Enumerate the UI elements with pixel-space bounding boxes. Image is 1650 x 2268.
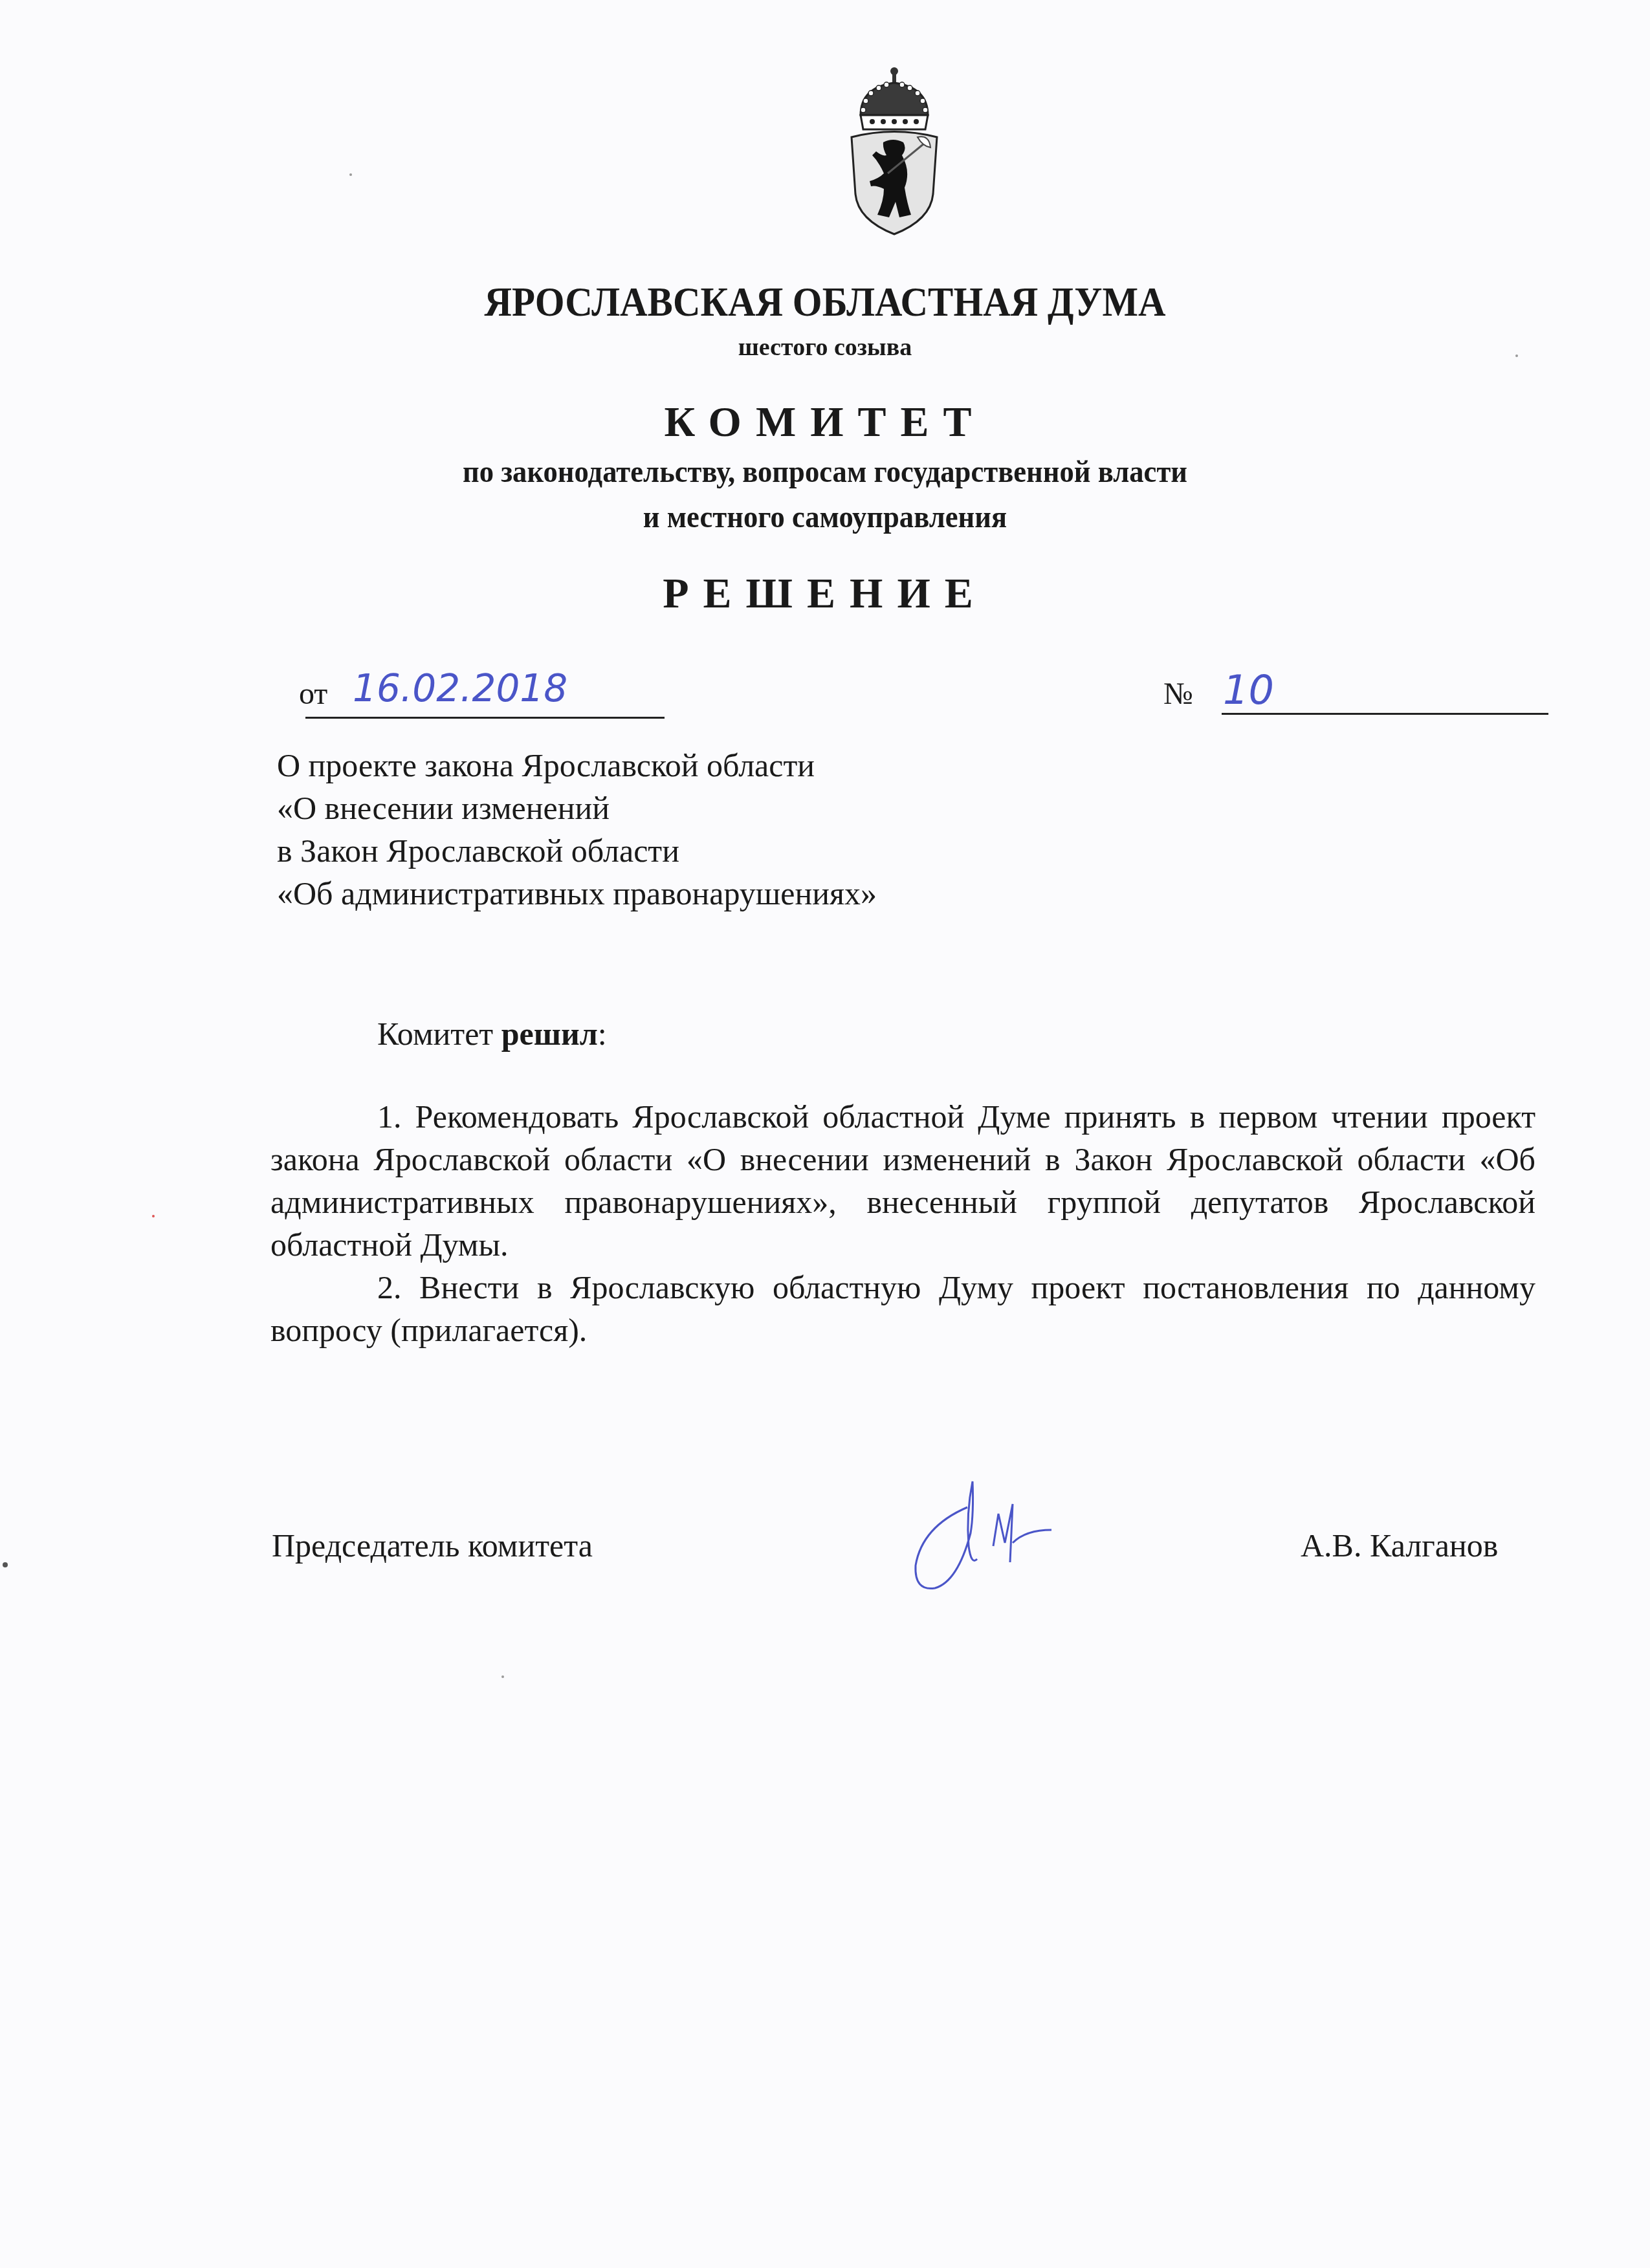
convocation-label: шестого созыва — [0, 333, 1650, 362]
subject-line: «О внесении изменений — [277, 787, 877, 829]
document-page: ЯРОСЛАВСКАЯ ОБЛАСТНАЯ ДУМА шестого созыв… — [0, 0, 1650, 2268]
document-subject: О проекте закона Ярославской области «О … — [277, 744, 877, 915]
number-label: № — [1163, 676, 1193, 712]
number-underline — [1222, 713, 1548, 715]
coat-of-arms-icon — [848, 65, 941, 239]
subject-line: в Закон Ярославской области — [277, 829, 877, 872]
subject-line: «Об административных правонарушениях» — [277, 872, 877, 915]
scan-speck — [1515, 354, 1518, 357]
date-label: от — [299, 676, 327, 712]
committee-subtitle-line-2: и местного самоуправления — [58, 499, 1592, 535]
document-type-title: РЕШЕНИЕ — [0, 569, 1650, 618]
decision-items: 1. Рекомендовать Ярославской областной Д… — [270, 1095, 1535, 1351]
date-value: 16.02.2018 — [353, 666, 567, 710]
signatory-name: А.В. Калганов — [1301, 1527, 1498, 1564]
date-underline — [305, 717, 665, 719]
decision-intro-bold: решил — [501, 1016, 598, 1052]
scan-speck — [152, 1215, 155, 1217]
committee-subtitle-line-1: по законодательству, вопросам государств… — [58, 454, 1592, 490]
scan-speck — [501, 1675, 504, 1678]
scan-speck — [349, 173, 352, 176]
handwritten-signature-icon — [896, 1468, 1116, 1598]
signatory-position: Председатель комитета — [272, 1527, 593, 1564]
subject-line: О проекте закона Ярославской области — [277, 744, 877, 787]
decision-item-1: 1. Рекомендовать Ярославской областной Д… — [270, 1095, 1535, 1266]
organization-title: ЯРОСЛАВСКАЯ ОБЛАСТНАЯ ДУМА — [66, 278, 1584, 326]
scan-speck — [3, 1562, 8, 1567]
number-value: 10 — [1223, 666, 1274, 714]
decision-item-2: 2. Внести в Ярославскую областную Думу п… — [270, 1266, 1535, 1351]
decision-intro: Комитет решил: — [270, 1012, 1535, 1055]
committee-title: КОМИТЕТ — [0, 398, 1650, 447]
